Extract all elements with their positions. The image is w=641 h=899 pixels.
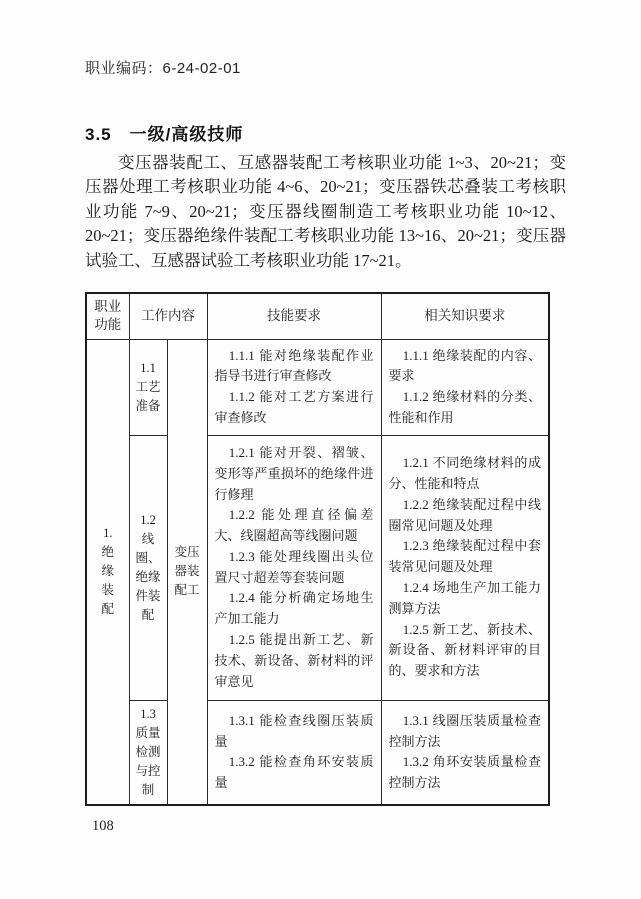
skill-item: 1.1.1 能对绝缘装配作业指导书进行审查修改 bbox=[215, 346, 374, 388]
table-header-row: 职业 功能 工作内容 技能要求 相关知识要求 bbox=[86, 293, 549, 339]
requirements-table: 职业 功能 工作内容 技能要求 相关知识要求 1. 绝 缘 装 配 1.1 工艺… bbox=[85, 292, 550, 806]
knowledge-item: 1.2.4 场地生产加工能力测算方法 bbox=[389, 578, 542, 620]
header-job-function: 职业 功能 bbox=[86, 293, 129, 339]
table-row: 1. 绝 缘 装 配 1.1 工艺 准备 变压 器装 配工 1.1.1 能对绝缘… bbox=[86, 339, 549, 435]
cell-worker: 变压 器装 配工 bbox=[167, 339, 207, 805]
skill-item: 1.3.1 能检查线圈压装质量 bbox=[215, 711, 374, 753]
knowledge-item: 1.2.5 新工艺、新技术、新设备、新材料评审的目的、要求和方法 bbox=[389, 620, 542, 682]
cell-task-1-1: 1.1 工艺 准备 bbox=[129, 339, 167, 435]
table-row: 1.2 线圈、 绝缘 件装 配 1.2.1 能对开裂、褶皱、变形等严重损坏的绝缘… bbox=[86, 435, 549, 700]
cell-skills-1-1: 1.1.1 能对绝缘装配作业指导书进行审查修改 1.1.2 能对工艺方案进行审查… bbox=[207, 339, 381, 435]
cell-knowledge-1-3: 1.3.1 线圈压装质量检查控制方法 1.3.2 角环安装质量检查控制方法 bbox=[381, 700, 549, 805]
knowledge-item: 1.1.2 绝缘材料的分类、性能和作用 bbox=[389, 387, 542, 429]
knowledge-item: 1.2.1 不同绝缘材料的成分、性能和特点 bbox=[389, 453, 542, 495]
skill-item: 1.2.4 能分析确定场地生产加工能力 bbox=[215, 588, 374, 630]
cell-job-function: 1. 绝 缘 装 配 bbox=[86, 339, 129, 805]
skill-item: 1.2.1 能对开裂、褶皱、变形等严重损坏的绝缘件进行修理 bbox=[215, 443, 374, 505]
cell-knowledge-1-1: 1.1.1 绝缘装配的内容、要求 1.1.2 绝缘材料的分类、性能和作用 bbox=[381, 339, 549, 435]
cell-skills-1-3: 1.3.1 能检查线圈压装质量 1.3.2 能检查角环安装质量 bbox=[207, 700, 381, 805]
knowledge-item: 1.2.2 绝缘装配过程中线圈常见问题及处理 bbox=[389, 495, 542, 537]
knowledge-item: 1.3.1 线圈压装质量检查控制方法 bbox=[389, 711, 542, 753]
header-knowledge-requirements: 相关知识要求 bbox=[381, 293, 549, 339]
skill-item: 1.2.3 能处理线圈出头位置尺寸超差等套装问题 bbox=[215, 547, 374, 589]
table-row: 1.3 质量 检测 与控 制 1.3.1 能检查线圈压装质量 1.3.2 能检查… bbox=[86, 700, 549, 805]
skill-item: 1.3.2 能检查角环安装质量 bbox=[215, 752, 374, 794]
header-skill-requirements: 技能要求 bbox=[207, 293, 381, 339]
skill-item: 1.1.2 能对工艺方案进行审查修改 bbox=[215, 387, 374, 429]
occupation-code: 职业编码：6-24-02-01 bbox=[85, 57, 241, 78]
knowledge-item: 1.2.3 绝缘装配过程中套装常见问题及处理 bbox=[389, 536, 542, 578]
page-number: 108 bbox=[92, 818, 114, 835]
cell-task-1-2: 1.2 线圈、 绝缘 件装 配 bbox=[129, 435, 167, 700]
header-work-content: 工作内容 bbox=[129, 293, 207, 339]
cell-skills-1-2: 1.2.1 能对开裂、褶皱、变形等严重损坏的绝缘件进行修理 1.2.2 能处理直… bbox=[207, 435, 381, 700]
knowledge-item: 1.1.1 绝缘装配的内容、要求 bbox=[389, 346, 542, 388]
skill-item: 1.2.2 能处理直径偏差大、线圈超高等线圈问题 bbox=[215, 505, 374, 547]
knowledge-item: 1.3.2 角环安装质量检查控制方法 bbox=[389, 752, 542, 794]
intro-paragraph: 变压器装配工、互感器装配工考核职业功能 1~3、20~21；变压器处理工考核职业… bbox=[85, 151, 566, 273]
document-page: 职业编码：6-24-02-01 3.5 一级/高级技师 变压器装配工、互感器装配… bbox=[0, 0, 641, 899]
section-heading: 3.5 一级/高级技师 bbox=[85, 120, 243, 145]
cell-task-1-3: 1.3 质量 检测 与控 制 bbox=[129, 700, 167, 805]
cell-knowledge-1-2: 1.2.1 不同绝缘材料的成分、性能和特点 1.2.2 绝缘装配过程中线圈常见问… bbox=[381, 435, 549, 700]
skill-item: 1.2.5 能提出新工艺、新技术、新设备、新材料的评审意见 bbox=[215, 630, 374, 692]
